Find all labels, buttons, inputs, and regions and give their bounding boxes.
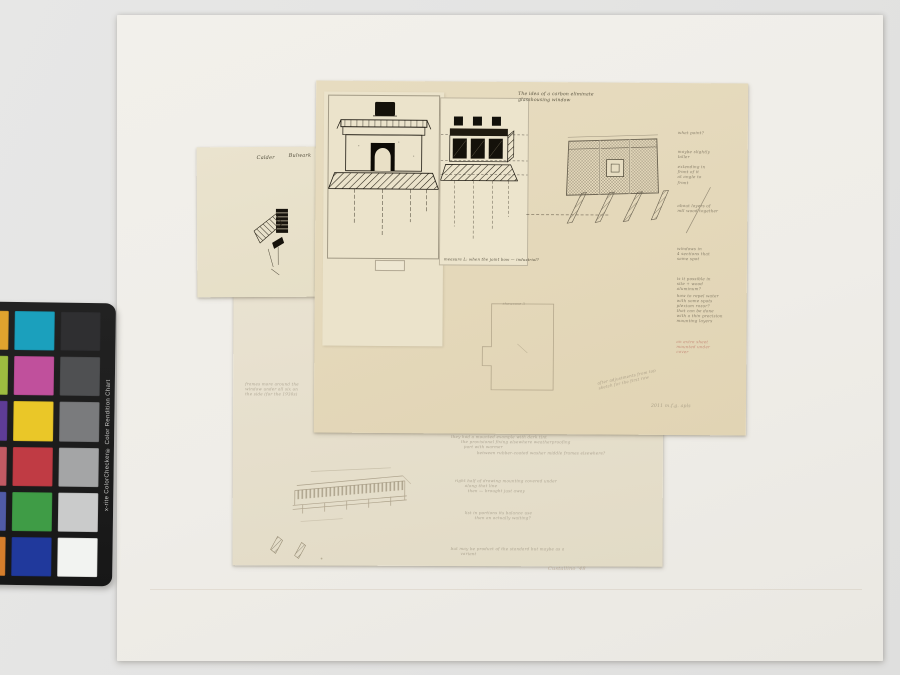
handwriting-note-left: frames more around thewindow under all s…: [245, 381, 323, 397]
ink-sketch-unit-section: [440, 98, 528, 265]
handwriting-caption: measure L: when the joint bow — industri…: [444, 257, 539, 263]
ink-sketch-bracket-detail: [249, 199, 301, 291]
sketch-sheet-small: Calder Bulwark: [197, 147, 322, 298]
pencil-hatch-marks: [267, 531, 331, 561]
handwriting-line: what point?: [678, 130, 742, 136]
drawing-panel-left: [322, 92, 444, 347]
margin-note: extending infront of itat angle tofront: [678, 164, 742, 185]
pencil-stroke-line: [684, 185, 714, 237]
handwriting-line: taller: [678, 154, 742, 160]
color-patch: [0, 310, 9, 350]
handwriting-line: cover: [676, 349, 740, 355]
color-patch: [0, 355, 8, 395]
color-patch: [12, 492, 53, 532]
handwriting-paragraph: they had a mounted example with dark tin…: [451, 434, 669, 456]
margin-note: that can be donewith a thin precisionmou…: [677, 308, 741, 324]
color-patch: [14, 311, 55, 351]
drawing-panel-right: [439, 97, 529, 266]
color-patch: [58, 492, 99, 532]
margin-note: is it possible insite + woodaluminum?: [677, 276, 741, 292]
margin-note: maybe slightlytaller: [678, 149, 742, 160]
color-patch: [57, 537, 98, 577]
handwriting-top-note: The idea of a carbon eliminateglasshousi…: [518, 92, 638, 105]
color-patch: [60, 357, 101, 397]
photograph: Custallino '48 frames more around thewin…: [0, 0, 900, 675]
color-checker-brand-label: x-rite ColorChecker® Color Rendition Cha…: [104, 379, 112, 511]
handwriting-line: the side (for the 1930s): [245, 392, 323, 397]
handwriting-paragraphs: they had a mounted example with dark tin…: [451, 428, 671, 564]
color-patch: [13, 401, 54, 441]
handwriting-paragraph: list in portions its balance usethen an …: [465, 510, 683, 521]
small-label-box: [375, 260, 405, 271]
handwriting-diagonal-note: after adjustments from topsketch for the…: [597, 365, 670, 391]
mat-inscription: Custallino '48: [548, 566, 586, 573]
pencil-plan-outline: [479, 300, 560, 397]
cover-sheet-edge: [150, 589, 862, 590]
color-patch: [0, 401, 8, 441]
handwriting-line: then — brought just away: [468, 488, 673, 494]
drawing-frame: [327, 95, 440, 260]
handwriting-line: between rubber-coated washer middle fram…: [477, 450, 669, 456]
handwriting-line: aluminum?: [677, 286, 741, 292]
handwriting-title-right: Bulwark: [289, 153, 312, 160]
color-patch: [59, 402, 100, 442]
ink-sketch-building-front: [328, 96, 439, 259]
color-patch: [58, 447, 99, 487]
margin-note: what point?: [678, 130, 742, 136]
handwriting-bottom-note: 2011 m.f.g. apls: [651, 404, 691, 410]
color-patch: [11, 537, 52, 577]
sketch-sheet-central: measure L: when the joint bow — industri…: [314, 80, 748, 435]
handwriting-line: then an actually waiting?: [475, 515, 683, 521]
handwriting-paragraph: right half of drawing mounting covered u…: [455, 478, 673, 494]
handwriting-line: same spot: [677, 256, 741, 262]
color-patch: [14, 356, 55, 396]
margin-note: windows in4 sections thatsame spot: [677, 246, 741, 262]
handwriting-line: glasshousing window: [518, 98, 638, 105]
color-checker-chart: x-rite ColorChecker® Color Rendition Cha…: [0, 301, 116, 587]
margin-note: how to repel waterwith some spotsplexium…: [677, 293, 741, 309]
color-patch: [60, 312, 101, 352]
color-patch: [0, 446, 7, 486]
color-patch: [12, 446, 53, 486]
color-patch: [0, 491, 6, 531]
color-patch: [0, 536, 6, 576]
handwriting-line: variant: [461, 551, 669, 557]
handwriting-title-left: Calder: [257, 155, 275, 162]
pencil-sketch-screen: [559, 132, 676, 229]
margin-note-red: an extra sheetmounted undercover: [676, 339, 740, 355]
handwriting-paragraph: but may be product of the standard but m…: [451, 546, 669, 557]
plan-label: showcase 3: [503, 302, 525, 307]
handwriting-line: mounting layers: [677, 318, 741, 324]
color-checker-grid: [0, 310, 101, 577]
